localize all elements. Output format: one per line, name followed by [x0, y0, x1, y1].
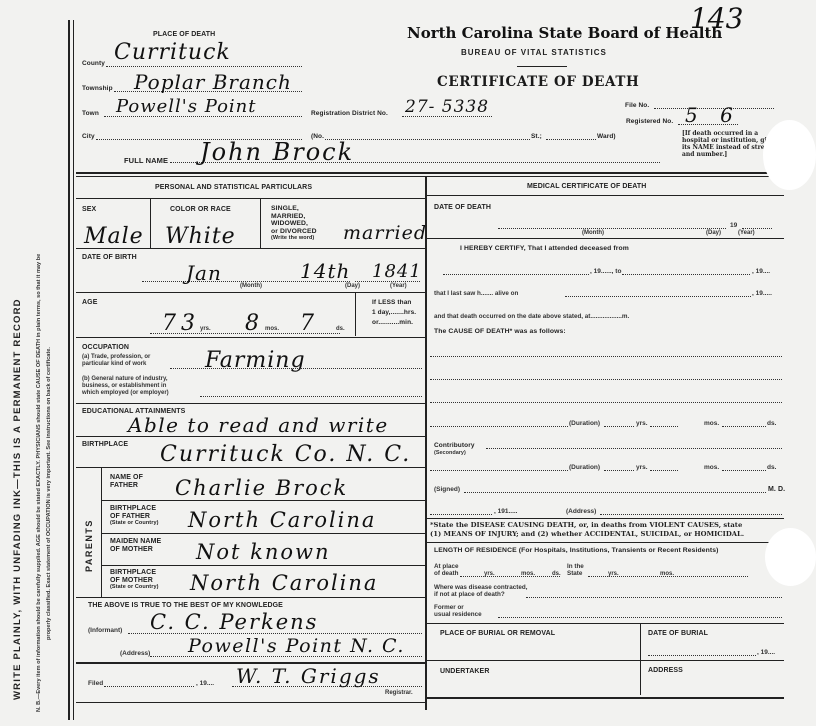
- duration-mos-label: mos.: [704, 420, 719, 427]
- birthplace-value[interactable]: Currituck Co. N. C.: [160, 442, 411, 467]
- age-months-value[interactable]: 8: [245, 311, 260, 336]
- signed-year: , 191.....: [494, 508, 518, 515]
- secondary-ds-line: [722, 470, 766, 471]
- contracted-line: Where was disease contracted,: [434, 584, 527, 591]
- reg-district-value[interactable]: 27- 5338: [405, 97, 489, 117]
- informant-address-value[interactable]: Powell's Point N. C.: [188, 635, 405, 657]
- occupation-value[interactable]: Farming: [205, 348, 306, 373]
- file-no-label: File No.: [625, 102, 649, 109]
- burial-year: , 19....: [757, 649, 775, 656]
- registrar-signature[interactable]: W. T. Griggs: [236, 664, 381, 688]
- former-line: usual residence: [434, 611, 482, 618]
- at-place-yrs: yrs.: [484, 571, 495, 577]
- filed-line: [104, 686, 194, 687]
- father-bp-label-line: (State or Country): [110, 520, 159, 528]
- physician-address-label: (Address): [566, 508, 596, 515]
- rule: [427, 518, 784, 519]
- rule: [76, 467, 425, 468]
- residence-heading: LENGTH OF RESIDENCE (For Hospitals, Inst…: [434, 547, 719, 554]
- sex-label: SEX: [82, 206, 96, 213]
- age-years-value[interactable]: 73: [162, 311, 200, 336]
- md-label: M. D.: [768, 486, 785, 493]
- death-date-line: [498, 228, 726, 229]
- contributory-line: [486, 448, 782, 449]
- main-rule: [76, 172, 784, 174]
- rule: [76, 403, 425, 404]
- last-saw-line: [565, 296, 751, 297]
- mother-bp-label-line: OF MOTHER: [110, 577, 159, 585]
- race-label: COLOR OR RACE: [170, 206, 231, 213]
- less-than-line: or...........min.: [372, 318, 416, 328]
- cause-line-1: [430, 356, 782, 357]
- mother-name-label-line: MAIDEN NAME: [110, 538, 161, 546]
- margin-instruction-main: WRITE PLAINLY, WITH UNFADING INK—THIS IS…: [12, 298, 23, 700]
- in-state-line: State: [567, 570, 584, 577]
- st-label: St.;: [531, 133, 542, 140]
- marital-value[interactable]: married: [343, 222, 427, 244]
- street-line: [325, 139, 530, 140]
- former-residence-label: Former or usual residence: [434, 604, 482, 618]
- footnote-line: (1) MEANS OF INJURY; and (2) whether ACC…: [430, 530, 744, 539]
- township-value[interactable]: Poplar Branch: [134, 70, 292, 94]
- rule: [427, 238, 784, 239]
- occupation-b-line: which employed (or employer): [82, 390, 169, 397]
- father-name-label-line: NAME OF: [110, 474, 143, 482]
- mother-name-label: MAIDEN NAME OF MOTHER: [110, 538, 161, 554]
- rule: [355, 292, 356, 336]
- rule: [427, 697, 784, 699]
- medical-heading: MEDICAL CERTIFICATE OF DEATH: [527, 183, 646, 190]
- rule: [101, 500, 425, 501]
- ds-label: ds.: [336, 326, 345, 332]
- in-state-label: In the State: [567, 563, 584, 577]
- occurred-text: and that death occurred on the date abov…: [434, 313, 629, 320]
- last-saw-text: that I last saw h....... alive on: [434, 290, 518, 297]
- dob-label: DATE OF BIRTH: [82, 254, 137, 261]
- signed-label: (Signed): [434, 486, 460, 493]
- rule: [101, 533, 425, 534]
- undertaker-address-label: ADDRESS: [648, 667, 683, 674]
- father-name-label: NAME OF FATHER: [110, 474, 143, 490]
- year-label: (Year): [390, 283, 407, 289]
- in-state-yrs: yrs.: [608, 571, 619, 577]
- informant-label: (Informant): [88, 627, 122, 634]
- informant-value[interactable]: C. C. Perkens: [150, 610, 318, 634]
- marital-label-line: MARRIED,: [271, 213, 317, 221]
- attended-from-line: [443, 274, 589, 275]
- marital-label-line: (Write the word): [271, 235, 317, 243]
- township-label: Township: [82, 85, 113, 92]
- at-place-line: At place: [434, 563, 459, 570]
- race-value[interactable]: White: [165, 224, 236, 249]
- rule: [427, 660, 784, 661]
- marital-label-line: or DIVORCED: [271, 228, 317, 236]
- duration-yrs-line: [604, 426, 634, 427]
- duration-ds-label: ds.: [767, 420, 776, 427]
- scan-blot: [763, 120, 816, 190]
- left-border: [68, 20, 70, 720]
- marital-label-line: SINGLE,: [271, 205, 317, 213]
- header-rule: [517, 66, 567, 67]
- mos-label: mos.: [265, 326, 279, 332]
- occupation-b-line: business, or establishment in: [82, 383, 169, 390]
- day-label: (Day): [345, 283, 360, 289]
- column-divider: [425, 176, 427, 710]
- board-title: North Carolina State Board of Health: [407, 24, 722, 42]
- footnote-line: *State the DISEASE CAUSING DEATH, or, in…: [430, 521, 744, 530]
- duration-line: [430, 426, 568, 427]
- mother-birthplace-value[interactable]: North Carolina: [190, 571, 378, 595]
- mother-name-value[interactable]: Not known: [196, 540, 331, 564]
- death-year-label: (Year): [738, 230, 755, 236]
- secondary-ds-label: ds.: [767, 464, 776, 471]
- secondary-mos-line: [650, 470, 678, 471]
- secondary-yrs-line: [604, 470, 634, 471]
- cause-line-3: [430, 402, 782, 403]
- at-place-line: of death: [434, 570, 459, 577]
- dob-day-value[interactable]: 14th: [300, 259, 350, 283]
- secondary-mos-label: mos.: [704, 464, 719, 471]
- reg-district-label: Registration District No.: [311, 110, 388, 117]
- duration-mos-line: [650, 426, 678, 427]
- burial-date-label: DATE OF BURIAL: [648, 630, 708, 637]
- burial-date-line: [648, 655, 756, 656]
- county-line: [106, 66, 302, 67]
- rule: [427, 195, 784, 196]
- bureau-label: BUREAU OF VITAL STATISTICS: [461, 48, 607, 57]
- less-than-line: If LESS than: [372, 298, 416, 308]
- at-place-label: At place of death: [434, 563, 459, 577]
- cause-line-2: [430, 379, 782, 380]
- personal-heading: PERSONAL AND STATISTICAL PARTICULARS: [155, 184, 312, 191]
- father-name-label-line: FATHER: [110, 482, 143, 490]
- secondary-duration-label: (Duration): [569, 464, 600, 471]
- burial-place-label: PLACE OF BURIAL OR REMOVAL: [440, 630, 555, 637]
- secondary-duration-line: [430, 470, 568, 471]
- death-day-label: (Day): [706, 230, 721, 236]
- less-than-block: If LESS than 1 day,.......hrs. or.......…: [372, 298, 416, 328]
- at-place-mos: mos.: [521, 571, 535, 577]
- full-name-value[interactable]: John Brock: [200, 138, 354, 166]
- in-state-line: In the: [567, 563, 584, 570]
- city-label: City: [82, 133, 95, 140]
- main-rule-inner: [76, 176, 784, 177]
- parents-label: PARENTS: [84, 519, 94, 572]
- sex-value[interactable]: Male: [84, 224, 144, 249]
- rule: [101, 467, 102, 597]
- dob-month-value[interactable]: Jan: [186, 261, 222, 285]
- certificate-title: CERTIFICATE OF DEATH: [437, 74, 639, 90]
- age-label: AGE: [82, 299, 97, 306]
- cause-of-death-label: The CAUSE OF DEATH* was as follows:: [434, 328, 566, 335]
- former-residence-line-fill: [498, 617, 782, 618]
- father-birthplace-value[interactable]: North Carolina: [188, 508, 376, 532]
- margin-note-line-2: properly classified. Exact statement of …: [46, 347, 52, 640]
- physician-address-line: [600, 514, 782, 515]
- former-line: Former or: [434, 604, 482, 611]
- place-of-death-heading: PLACE OF DEATH: [153, 31, 215, 38]
- rule: [76, 337, 425, 338]
- occupation-a-line: particular kind of work: [82, 361, 150, 368]
- death-year-line: [742, 228, 772, 229]
- physician-signature-line: [464, 492, 766, 493]
- occupation-a-label: (a) Trade, profession, or particular kin…: [82, 354, 150, 368]
- undertaker-label: UNDERTAKER: [440, 668, 489, 675]
- father-bp-label-line: OF FATHER: [110, 513, 159, 521]
- rule: [76, 198, 425, 199]
- at-place-ds: ds.: [552, 571, 561, 577]
- registered-no-value[interactable]: 5 6: [685, 103, 741, 127]
- occupation-a-line: (a) Trade, profession, or: [82, 354, 150, 361]
- mother-bp-label-line: BIRTHPLACE: [110, 569, 159, 577]
- attended-from-year: , 19......, to: [590, 268, 621, 275]
- rule: [76, 702, 425, 703]
- signed-date-line: [430, 514, 492, 515]
- yrs-label: yrs.: [200, 326, 211, 332]
- town-label: Town: [82, 110, 99, 117]
- secondary-label: (Secondary): [434, 450, 466, 456]
- mother-bp-label-line: (State or Country): [110, 584, 159, 592]
- occupation-b-label: (b) General nature of industry, business…: [82, 376, 169, 397]
- industry-line: [200, 396, 422, 397]
- rule: [76, 292, 425, 293]
- scan-blot: [765, 528, 816, 586]
- father-birthplace-label: BIRTHPLACE OF FATHER (State or Country): [110, 505, 159, 528]
- contributory-label: Contributory: [434, 442, 475, 449]
- town-value[interactable]: Powell's Point: [116, 96, 257, 117]
- left-border-inner: [73, 20, 74, 720]
- at-place-line-fill: [460, 576, 560, 577]
- filed-year: , 19....: [196, 680, 214, 687]
- secondary-yrs-label: yrs.: [636, 464, 648, 471]
- mother-name-label-line: OF MOTHER: [110, 546, 161, 554]
- death-month-label: (Month): [582, 230, 604, 236]
- date-of-death-label: DATE OF DEATH: [434, 204, 491, 211]
- rule: [427, 623, 784, 624]
- death-certificate: WRITE PLAINLY, WITH UNFADING INK—THIS IS…: [0, 0, 816, 726]
- rule: [76, 597, 425, 598]
- death-year-prefix: 19: [730, 222, 737, 229]
- less-than-line: 1 day,.......hrs.: [372, 308, 416, 318]
- occupation-label: OCCUPATION: [82, 344, 129, 351]
- age-days-value[interactable]: 7: [300, 311, 315, 336]
- cause-footnote: *State the DISEASE CAUSING DEATH, or, in…: [430, 521, 744, 539]
- education-value[interactable]: Able to read and write: [128, 413, 389, 437]
- rule: [150, 198, 151, 248]
- contracted-label: Where was disease contracted, if not at …: [434, 584, 527, 598]
- mother-birthplace-label: BIRTHPLACE OF MOTHER (State or Country): [110, 569, 159, 592]
- father-name-value[interactable]: Charlie Brock: [175, 476, 348, 500]
- certify-text: I HEREBY CERTIFY, That I attended deceas…: [460, 245, 629, 252]
- rule: [427, 542, 784, 543]
- dob-year-value[interactable]: 1841: [372, 261, 422, 282]
- attestation-label: THE ABOVE IS TRUE TO THE BEST OF MY KNOW…: [88, 602, 283, 609]
- stamp-number: 143: [690, 2, 743, 35]
- rule: [101, 565, 425, 566]
- duration-ds-line: [722, 426, 766, 427]
- in-state-mos: mos.: [660, 571, 674, 577]
- county-value[interactable]: Currituck: [114, 40, 231, 65]
- rule: [640, 623, 641, 695]
- occupation-b-line: (b) General nature of industry,: [82, 376, 169, 383]
- rule: [260, 198, 261, 248]
- filed-label: Filed: [88, 680, 103, 687]
- rule: [76, 436, 425, 437]
- father-bp-label-line: BIRTHPLACE: [110, 505, 159, 513]
- duration-yrs-label: yrs.: [636, 420, 648, 427]
- rule: [76, 248, 425, 249]
- contracted-line: if not at place of death?: [434, 591, 527, 598]
- county-label: County: [82, 60, 105, 67]
- month-label: (Month): [240, 283, 262, 289]
- attended-to-year: , 19....: [752, 268, 770, 275]
- ward-line: [546, 139, 596, 140]
- attended-to-line: [622, 274, 750, 275]
- registered-no-label: Registered No.: [626, 118, 673, 125]
- last-saw-year: , 19.....: [752, 290, 772, 297]
- duration-label: (Duration): [569, 420, 600, 427]
- registrar-label: Registrar.: [385, 690, 413, 696]
- marital-label-line: WIDOWED,: [271, 220, 317, 228]
- contracted-line-fill: [526, 597, 782, 598]
- ward-label: Ward): [597, 133, 616, 140]
- birthplace-label: BIRTHPLACE: [82, 441, 128, 448]
- margin-note-line-1: N. B.—Every item of information should b…: [36, 254, 42, 712]
- informant-address-label: (Address): [120, 650, 150, 657]
- full-name-label: FULL NAME: [124, 156, 168, 165]
- marital-label: SINGLE, MARRIED, WIDOWED, or DIVORCED (W…: [271, 205, 317, 243]
